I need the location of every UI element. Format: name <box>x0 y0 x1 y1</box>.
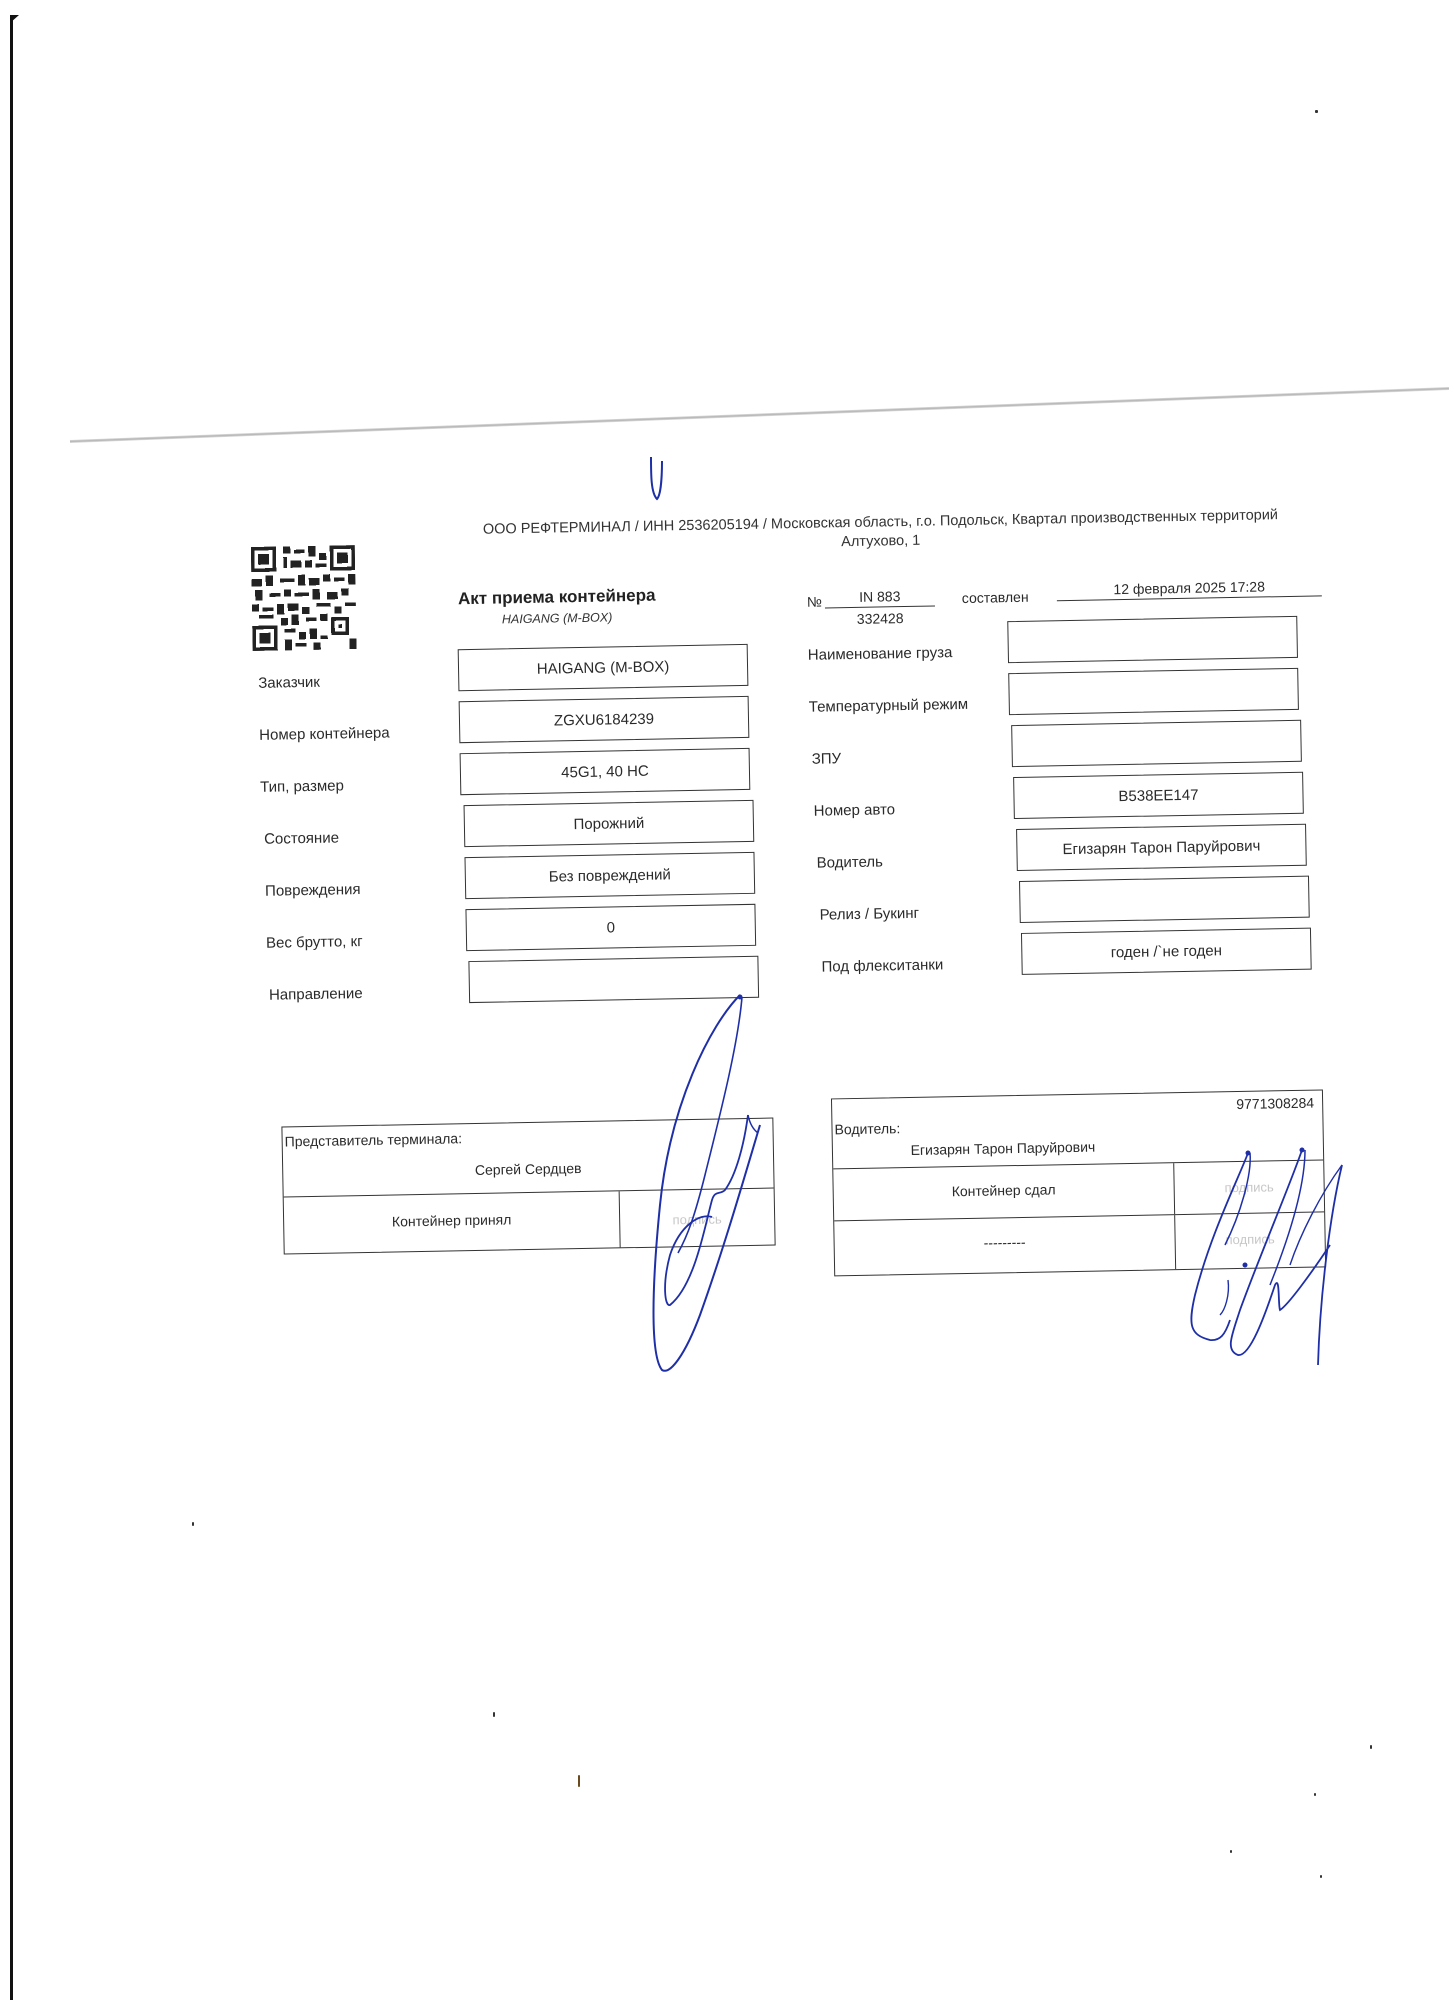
field-label: Наименование груза <box>808 644 953 664</box>
signature-hint: подпись <box>620 1211 774 1229</box>
scan-speck <box>578 1775 580 1787</box>
field-damage: Повреждения Без повреждений <box>265 861 266 905</box>
terminal-name: Сергей Сердцев <box>283 1157 773 1182</box>
number-symbol: № <box>807 594 822 610</box>
driver-name: Егизарян Тарон Паруйрович <box>833 1137 1173 1159</box>
driver-phone: 9771308284 <box>1236 1095 1314 1112</box>
field-label: Тип, размер <box>260 777 344 796</box>
field-flexitank: Под флекситанки годен /`не годен <box>821 937 822 981</box>
field-label: Водитель <box>817 853 884 871</box>
field-condition: Состояние Порожний <box>264 809 265 853</box>
terminal-action-label: Контейнер принял <box>284 1209 619 1231</box>
field-customer: Заказчик HAIGANG (M-BOX) <box>258 653 259 697</box>
driver-name-row: Водитель: 9771308284 Егизарян Тарон Пару… <box>832 1090 1323 1169</box>
field-label: Под флекситанки <box>821 956 943 975</box>
field-driver: Водитель Егизарян Тарон Паруйрович <box>816 833 817 877</box>
field-label: Повреждения <box>265 881 361 900</box>
document-subtitle: HAIGANG (M-BOX) <box>442 609 672 627</box>
signature-hint: подпись <box>1175 1178 1324 1196</box>
field-value: Егизарян Тарон Паруйрович <box>1016 824 1307 871</box>
scan-speck <box>192 1522 194 1526</box>
field-label: Заказчик <box>258 674 320 692</box>
field-value <box>1019 876 1310 923</box>
scan-speck <box>1320 1875 1322 1878</box>
field-value <box>1008 668 1299 715</box>
scan-speck <box>493 1712 495 1717</box>
field-value: Порожний <box>464 800 755 847</box>
scan-speck <box>1230 1850 1232 1853</box>
field-direction: Направление <box>268 965 269 1009</box>
scan-edge-artifact <box>10 15 13 2000</box>
field-value: 45G1, 40 HC <box>460 748 751 795</box>
driver-extra-row: --------- подпись <box>834 1212 1325 1275</box>
field-temperature-mode: Температурный режим <box>808 677 809 721</box>
signature-cell: подпись <box>1173 1160 1324 1214</box>
number-secondary: 332428 <box>825 609 935 627</box>
field-label: Релиз / Букинг <box>819 905 919 924</box>
field-label: Номер авто <box>814 801 896 819</box>
signature-cell: подпись <box>619 1189 775 1248</box>
composed-value: 12 февраля 2025 17:28 <box>1057 577 1322 601</box>
signature-hint: подпись <box>1175 1230 1324 1248</box>
field-label: Температурный режим <box>809 696 969 716</box>
terminal-role-label: Представитель терминала: <box>285 1130 463 1149</box>
field-label: Вес брутто, кг <box>266 933 363 952</box>
terminal-accept-row: Контейнер принял подпись <box>284 1189 775 1254</box>
field-value: B538EE147 <box>1013 772 1304 819</box>
signature-cell: подпись <box>1174 1212 1325 1269</box>
field-label: Направление <box>269 985 363 1004</box>
field-value: ZGXU6184239 <box>459 696 750 743</box>
driver-signature-block: Водитель: 9771308284 Егизарян Тарон Пару… <box>831 1089 1326 1276</box>
number-value: IN 883 <box>825 587 935 608</box>
field-value <box>1011 720 1302 767</box>
field-seal: ЗПУ <box>811 729 812 773</box>
driver-extra-value: --------- <box>835 1231 1175 1253</box>
scan-speck <box>1315 110 1318 113</box>
field-label: ЗПУ <box>812 750 842 768</box>
composed-label: составлен <box>962 589 1029 606</box>
company-header: ООО РЕФТЕРМИНАЛ / ИНН 2536205194 / Моско… <box>450 506 1311 560</box>
driver-handover-row: Контейнер сдал подпись <box>833 1160 1324 1221</box>
qr-code-icon <box>251 545 357 651</box>
field-value <box>468 956 759 1003</box>
paper-fold-line <box>70 387 1449 443</box>
field-container-number: Номер контейнера ZGXU6184239 <box>259 705 260 749</box>
field-value: Без повреждений <box>464 852 755 899</box>
field-vehicle-number: Номер авто B538EE147 <box>813 781 814 825</box>
document-title: Акт приема контейнера <box>442 585 672 609</box>
field-release-booking: Релиз / Букинг <box>819 885 820 929</box>
field-value: 0 <box>465 904 756 951</box>
scan-speck <box>1370 1745 1372 1749</box>
field-value <box>1007 616 1298 663</box>
terminal-name-row: Представитель терминала: Сергей Сердцев <box>282 1119 773 1198</box>
driver-role-label: Водитель: <box>834 1120 900 1137</box>
field-gross-weight: Вес брутто, кг 0 <box>265 913 266 957</box>
field-cargo-name: Наименование груза <box>807 625 808 669</box>
terminal-signature-block: Представитель терминала: Сергей Сердцев … <box>281 1118 775 1255</box>
field-label: Номер контейнера <box>259 724 390 743</box>
driver-action-label: Контейнер сдал <box>834 1179 1174 1201</box>
scan-speck <box>1314 1793 1316 1796</box>
container-acceptance-act: ООО РЕФТЕРМИНАЛ / ИНН 2536205194 / Моско… <box>250 485 1356 1405</box>
field-type-size: Тип, размер 45G1, 40 HC <box>260 757 261 801</box>
field-value: HAIGANG (M-BOX) <box>458 644 749 691</box>
document-title-block: Акт приема контейнера HAIGANG (M-BOX) <box>442 585 673 627</box>
field-label: Состояние <box>264 829 339 847</box>
field-value: годен /`не годен <box>1021 928 1312 975</box>
